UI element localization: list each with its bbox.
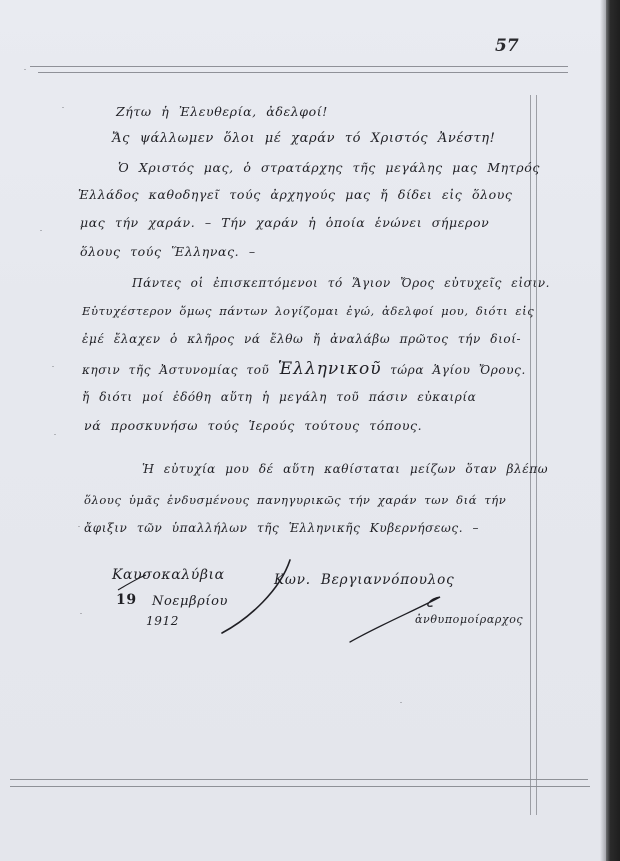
closing-place: Καυσοκαλύβια [112, 567, 225, 583]
scan-speck [40, 230, 42, 231]
text-line-7: Πάντες οἱ ἐπισκεπτόμενοι τό Ἅγιον Ὄρος ε… [132, 276, 550, 290]
text-line-4: Ἑλλάδος καθοδηγεῖ τούς ἀρχηγούς μας ἤ δί… [78, 187, 513, 202]
scan-speck [24, 69, 26, 70]
scan-speck [54, 434, 56, 435]
scan-speck [52, 366, 54, 367]
closing-day: 19 [116, 592, 137, 608]
bottom-rule-1 [10, 779, 588, 780]
signature-name: Κων. Βεργιαννόπουλος [274, 572, 454, 588]
text-line-14: ὅλους ὑμᾶς ἐνδυσμένους πανηγυρικῶς τήν χ… [84, 493, 506, 507]
scan-speck [80, 613, 82, 614]
scan-speck [62, 107, 64, 108]
text-line-15: ἄφιξιν τῶν ὑπαλλήλων τῆς Ἑλληνικῆς Κυβερ… [84, 521, 479, 535]
text-line-3: Ὁ Χριστός μας, ὁ στρατάρχης τῆς μεγάλης … [118, 160, 540, 175]
top-rule-2 [38, 72, 568, 73]
closing-year: 1912 [146, 614, 179, 628]
page-number: 57 [495, 36, 519, 56]
text-line-1: Ζήτω ἡ Ἐλευθερία, ἀδελφοί! [116, 104, 328, 119]
scan-speck [80, 226, 82, 227]
text-line-13: Ἡ εὐτυχία μου δέ αὕτη καθίσταται μείζων … [142, 462, 548, 476]
text-line-12: νά προσκυνήσω τούς Ἱερούς τούτους τόπους… [84, 418, 422, 433]
signature-title: ἀνθυπομοίραρχος [415, 613, 523, 626]
text-line-10-emphasis: Ἑλληνικοῦ [278, 359, 382, 379]
bottom-rule-2 [10, 786, 590, 787]
text-line-10-start: κησιν τῆς Ἀστυνομίας τοῦ [82, 363, 269, 377]
text-line-11: ἤ διότι μοί ἐδόθη αὕτη ἡ μεγάλη τοῦ πάσι… [82, 390, 476, 404]
margin-rule-2 [536, 95, 537, 815]
text-line-5: μας τήν χαράν. – Τήν χαράν ἡ ὁποία ἑνώνε… [80, 215, 489, 230]
scan-speck [78, 526, 80, 527]
scan-speck [400, 702, 402, 703]
scanned-page: 57 Ζήτω ἡ Ἐλευθερία, ἀδελφοί! Ἄς ψάλλωμε… [0, 0, 606, 861]
scan-edge-shadow [606, 0, 620, 861]
margin-rule-1 [530, 95, 531, 815]
closing-month: Νοεμβρίου [152, 594, 228, 609]
text-line-9: ἐμέ ἔλαχεν ὁ κλῆρος νά ἔλθω ἤ ἀναλάβω πρ… [82, 332, 521, 346]
top-rule-1 [30, 66, 568, 67]
text-line-6: ὅλους τούς Ἕλληνας. – [80, 244, 256, 259]
text-line-10-end: τώρα Ἁγίου Ὄρους. [390, 363, 526, 377]
text-line-8: Εὐτυχέστερον ὅμως πάντων λογίζομαι ἐγώ, … [82, 304, 534, 318]
text-line-10: κησιν τῆς Ἀστυνομίας τοῦ Ἑλληνικοῦ τώρα … [82, 359, 526, 379]
text-line-2: Ἄς ψάλλωμεν ὅλοι μέ χαράν τό Χριστός Ἀνέ… [112, 131, 495, 146]
